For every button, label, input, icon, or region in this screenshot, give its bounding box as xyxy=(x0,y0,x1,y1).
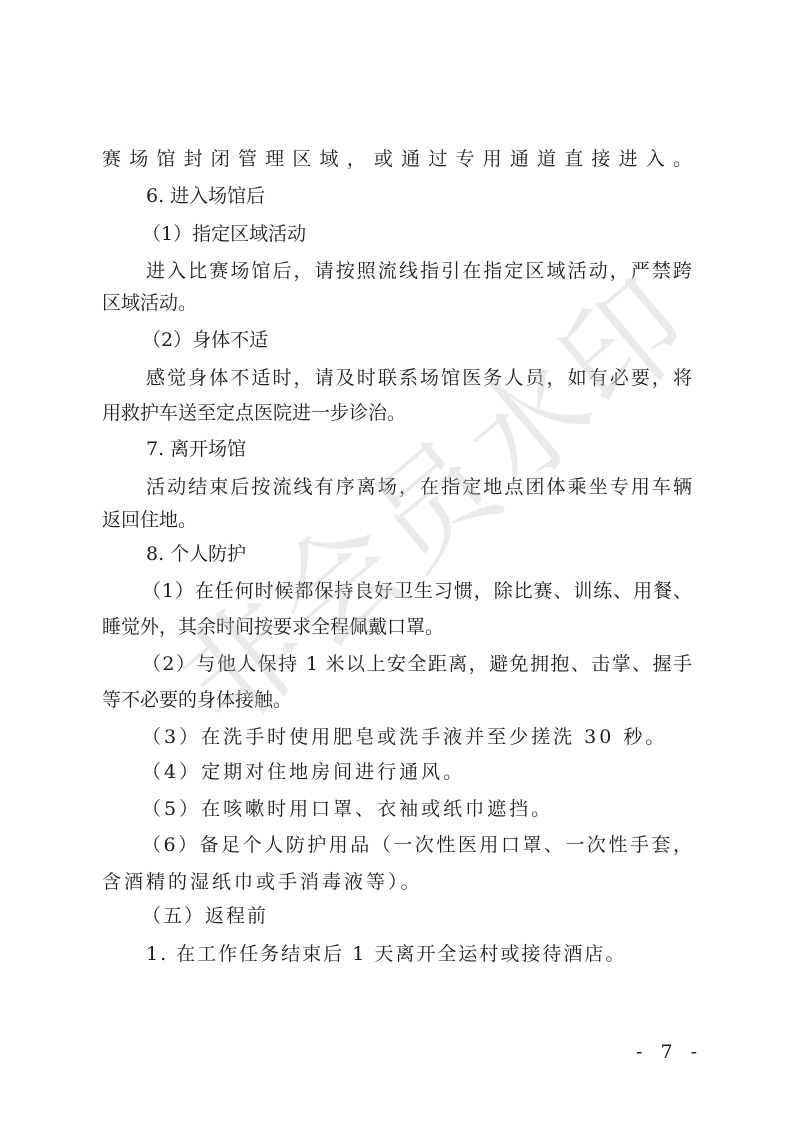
paragraph-line: 感觉身体不适时，请及时联系场馆医务人员，如有必要，将 xyxy=(102,363,692,393)
paragraph-line: 返回住地。 xyxy=(102,505,197,535)
paragraph-line: 活动结束后按流线有序离场，在指定地点团体乘坐专用车辆 xyxy=(102,472,692,502)
paragraph-line: （2）与他人保持 1 米以上安全距离，避免拥抱、击掌、握手 xyxy=(102,649,692,679)
list-item: （4）定期对住地房间进行通风。 xyxy=(102,757,465,787)
section-heading-return: （五）返程前 xyxy=(102,901,268,931)
section-heading-7: 7. 离开场馆 xyxy=(102,434,246,464)
section-heading-6: 6. 进入场馆后 xyxy=(102,181,265,211)
subheading-designated-area: （1）指定区域活动 xyxy=(102,219,306,249)
paragraph-line: 进入比赛场馆后，请按照流线指引在指定区域活动，严禁跨 xyxy=(102,256,692,286)
paragraph-line: （6）备足个人防护用品（一次性医用口罩、一次性手套， xyxy=(102,830,692,860)
document-page: 赛场馆封闭管理区域，或通过专用通道直接进入。 6. 进入场馆后 （1）指定区域活… xyxy=(0,0,793,1122)
paragraph-line: 睡觉外，其余时间按要求全程佩戴口罩。 xyxy=(102,612,444,642)
list-item: （3）在洗手时使用肥皂或洗手液并至少搓洗 30 秒。 xyxy=(102,722,667,752)
paragraph-line: （1）在任何时候都保持良好卫生习惯，除比赛、训练、用餐、 xyxy=(102,576,692,606)
list-item: （5）在咳嗽时用口罩、衣袖或纸巾遮挡。 xyxy=(102,794,553,824)
page-number: - 7 - xyxy=(636,1040,703,1064)
paragraph-line: 含酒精的湿纸巾或手消毒液等）。 xyxy=(102,867,423,897)
paragraph-line: 赛场馆封闭管理区域，或通过专用通道直接进入。 xyxy=(102,144,692,174)
paragraph-line: 用救护车送至定点医院进一步诊治。 xyxy=(102,398,406,428)
paragraph-line: 区域活动。 xyxy=(102,288,197,318)
section-heading-1: 1. 在工作任务结束后 1 天离开全运村或接待酒店。 xyxy=(102,939,626,969)
subheading-unwell: （2）身体不适 xyxy=(102,325,268,355)
paragraph-line: 等不必要的身体接触。 xyxy=(102,685,292,715)
section-heading-8: 8. 个人防护 xyxy=(102,539,246,569)
